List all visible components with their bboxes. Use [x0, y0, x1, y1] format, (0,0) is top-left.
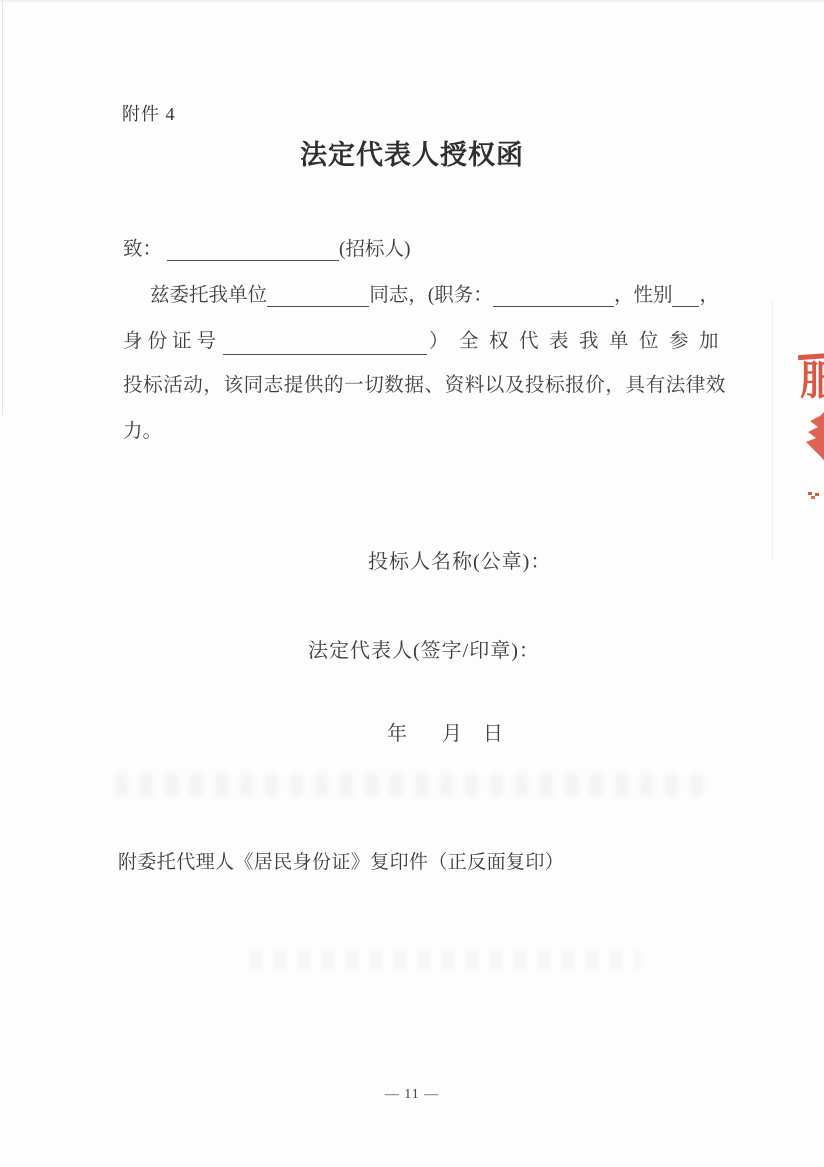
blank-job-title: [493, 286, 614, 307]
scope-text-end: 力。: [123, 419, 162, 445]
body-line-scope: 投标活动，该同志提供的一切数据、资料以及投标报价，具有法律效: [123, 373, 719, 399]
blank-gender: [672, 286, 699, 307]
commission-text-1: 兹委托我单位: [150, 283, 267, 309]
commission-text-4: ，: [699, 283, 719, 309]
body-line-commission: 兹委托我单位 同志，(职务： ，性别 ，: [123, 283, 719, 309]
blank-recipient-name: [167, 240, 339, 261]
stamp-partial-character: 服: [800, 361, 824, 401]
bidder-name-label: 投标人名称(公章)：: [368, 545, 551, 574]
stamp-ink-dots: [808, 492, 812, 495]
date-day-label: 日: [483, 717, 503, 746]
date-gap: [407, 717, 442, 746]
scan-edge-left: [2, 0, 3, 415]
attachment-note: 附委托代理人《居民身份证》复印件（正反面复印）: [118, 847, 564, 874]
bleed-through-ghost-text: [250, 950, 640, 970]
document-title: 法定代表人授权函: [0, 133, 824, 172]
blank-agent-name: [267, 286, 369, 307]
commission-text-2: 同志，(职务：: [369, 283, 493, 309]
blank-id-number: [223, 334, 427, 355]
salutation-prefix: 致：: [123, 237, 162, 263]
date-month-label: 月: [442, 717, 462, 746]
salutation-line: 致： (招标人): [123, 237, 719, 263]
scanned-document-page: 附件 4 法定代表人授权函 致： (招标人) 兹委托我单位 同志，(职务： ，性…: [0, 0, 824, 1167]
page-number: — 11 —: [0, 1087, 824, 1103]
red-stamp-fragment: 服: [792, 348, 824, 513]
commission-text-3: ，性别: [614, 283, 673, 309]
body-line-id-number: 身份证号 ）全权代表我单位参加: [123, 329, 719, 355]
date-line: 年 月 日: [387, 717, 503, 746]
date-gap: [462, 717, 483, 746]
id-number-label: 身份证号: [123, 329, 221, 355]
body-line-scope-end: 力。: [123, 419, 719, 445]
scan-edge-right: [772, 300, 773, 560]
bleed-through-ghost-text: [115, 774, 715, 796]
stamp-leaf-shape: [802, 408, 824, 468]
date-year-label: 年: [387, 717, 407, 746]
salutation-suffix: (招标人): [339, 237, 411, 263]
scope-text: 投标活动，该同志提供的一切数据、资料以及投标报价，具有法律效: [123, 373, 726, 399]
scan-edge-top: [0, 0, 824, 2]
attachment-label: 附件 4: [122, 100, 176, 126]
authorization-text: ）全权代表我单位参加: [429, 329, 729, 355]
legal-representative-label: 法定代表人(签字/印章)：: [308, 634, 540, 663]
